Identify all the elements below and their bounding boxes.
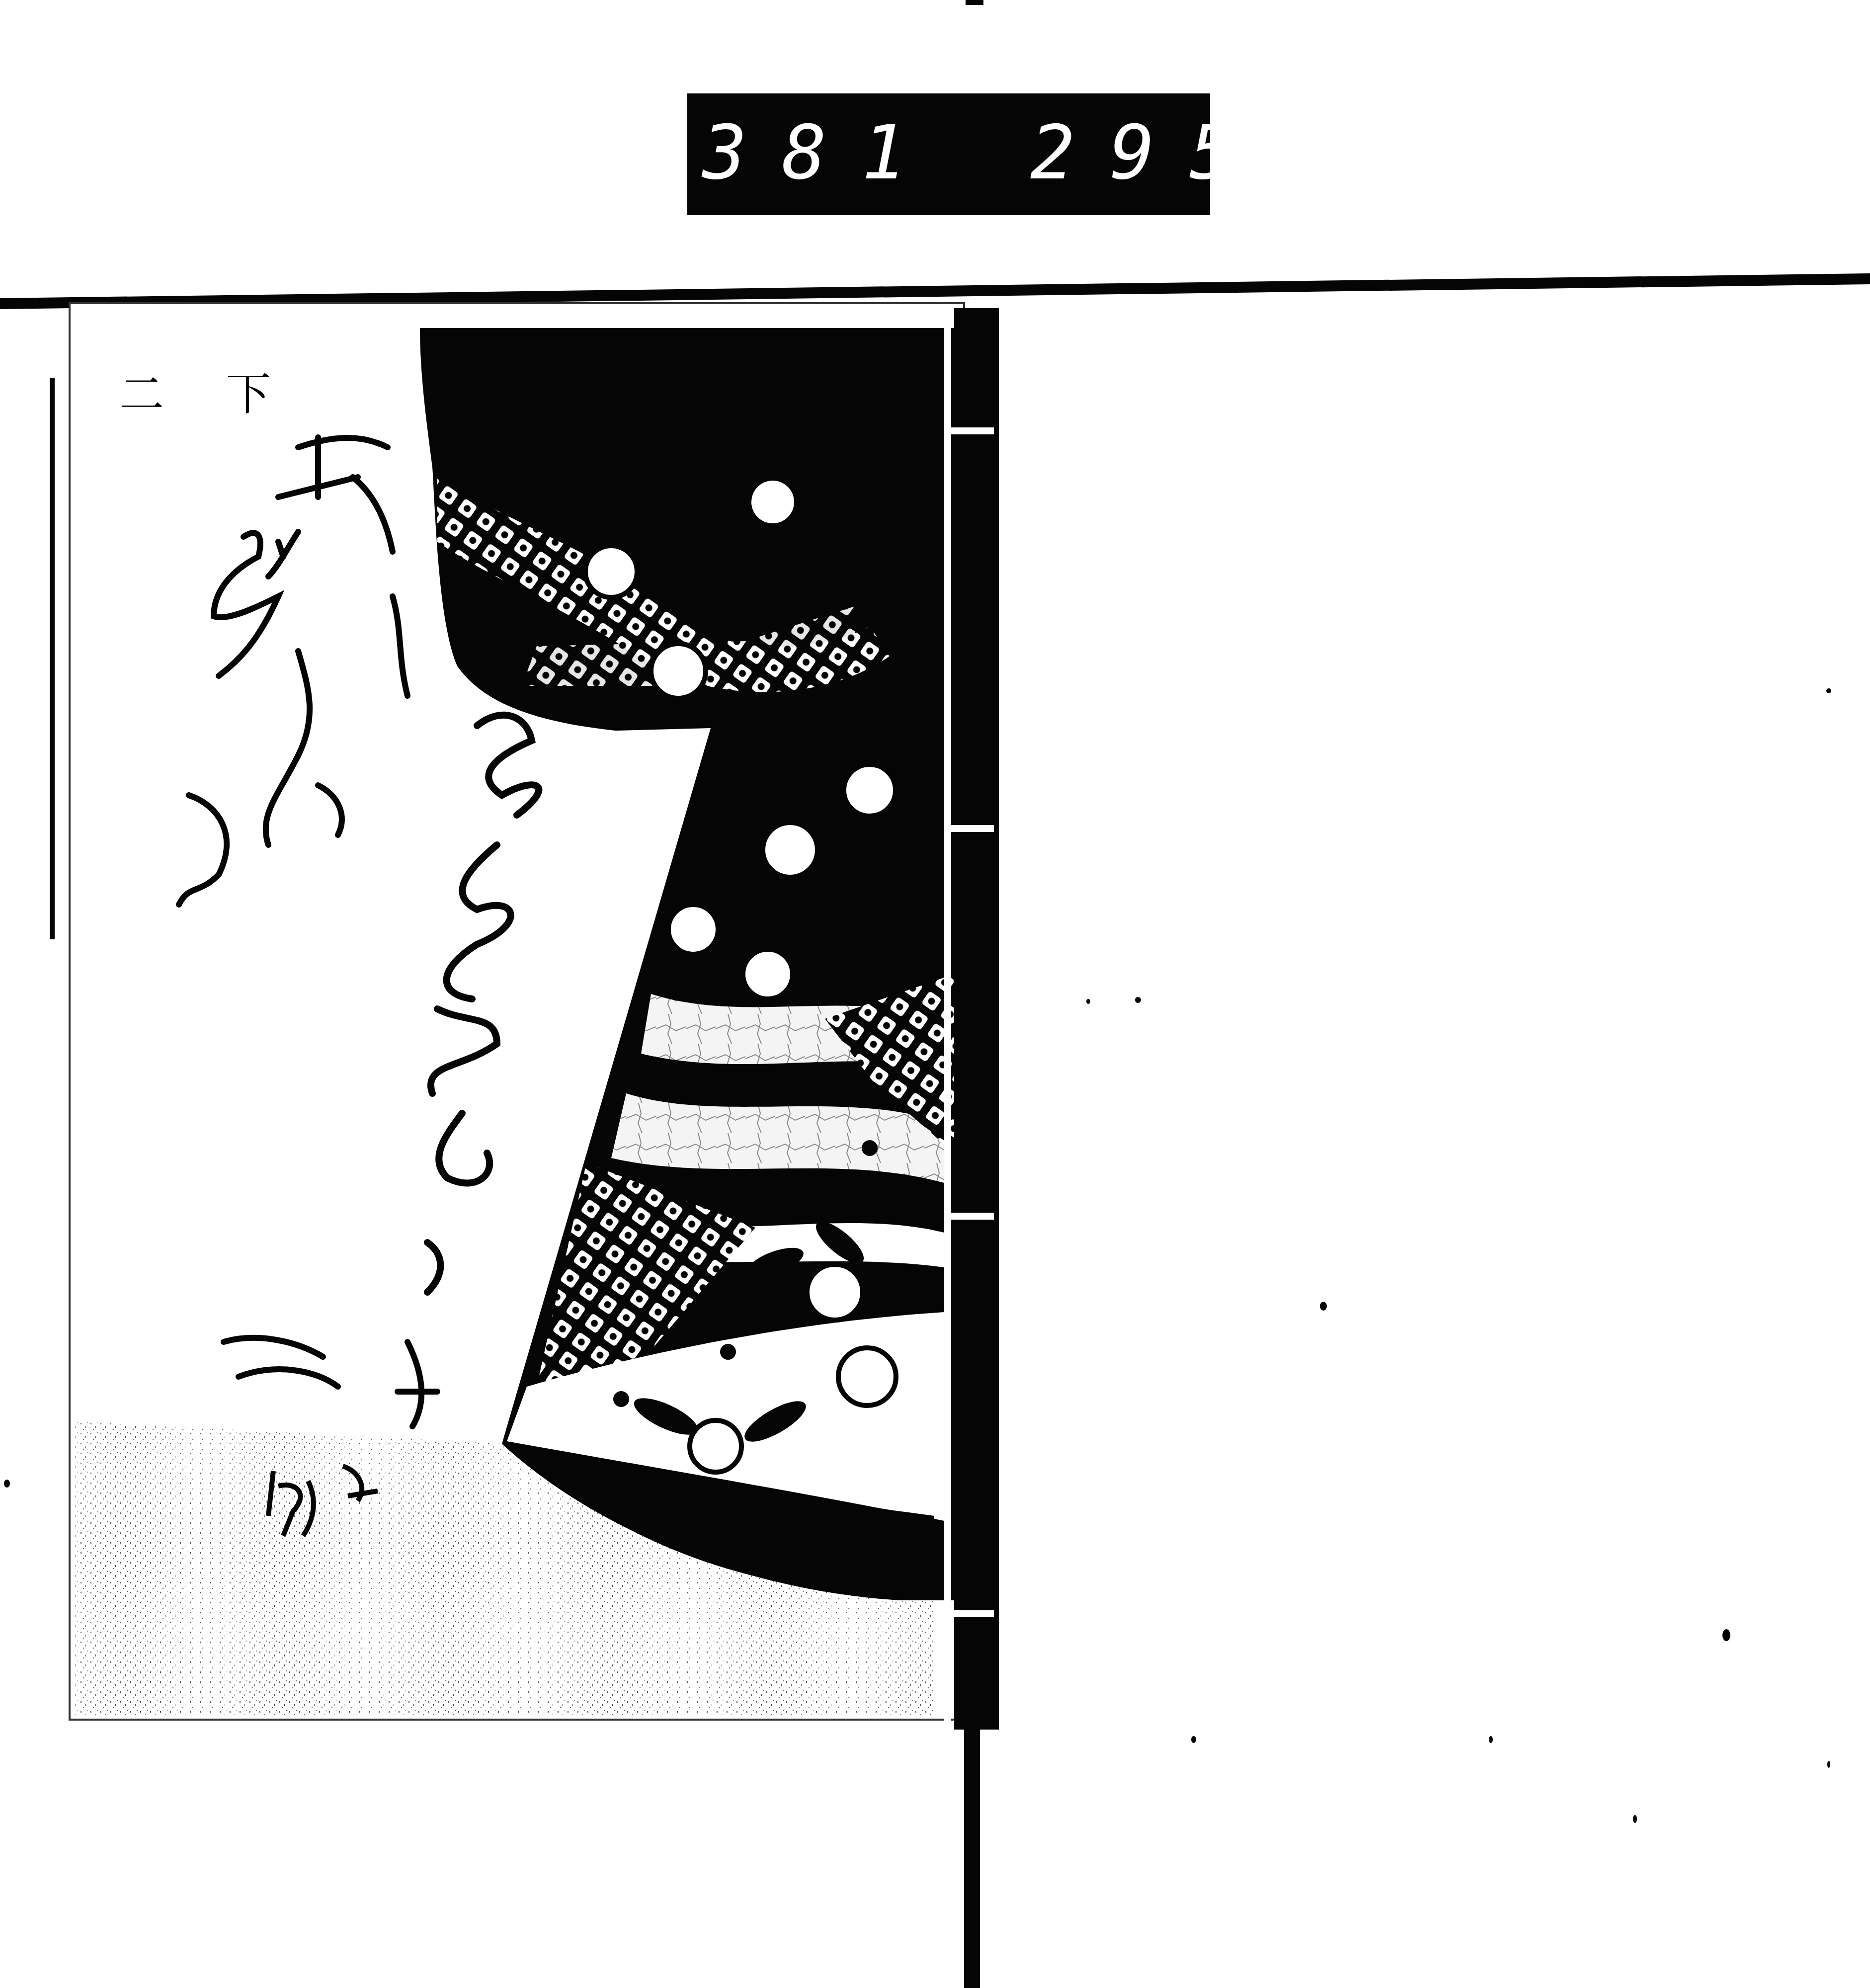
reel-number: 381 xyxy=(702,113,941,193)
frame-number: 295. xyxy=(1030,113,1349,193)
scan-artwork xyxy=(0,0,1870,1988)
margin-mark-2: 下 xyxy=(226,358,271,422)
edge-mark xyxy=(966,0,983,5)
scan-stage: 二 下 white slanted title slip (daisen) wi… xyxy=(0,0,1870,1988)
margin-rule xyxy=(50,378,55,939)
spine-shadow xyxy=(964,1720,980,1988)
frame-counter: 381 295. xyxy=(687,93,1210,215)
margin-mark-1: 二 xyxy=(119,358,164,422)
